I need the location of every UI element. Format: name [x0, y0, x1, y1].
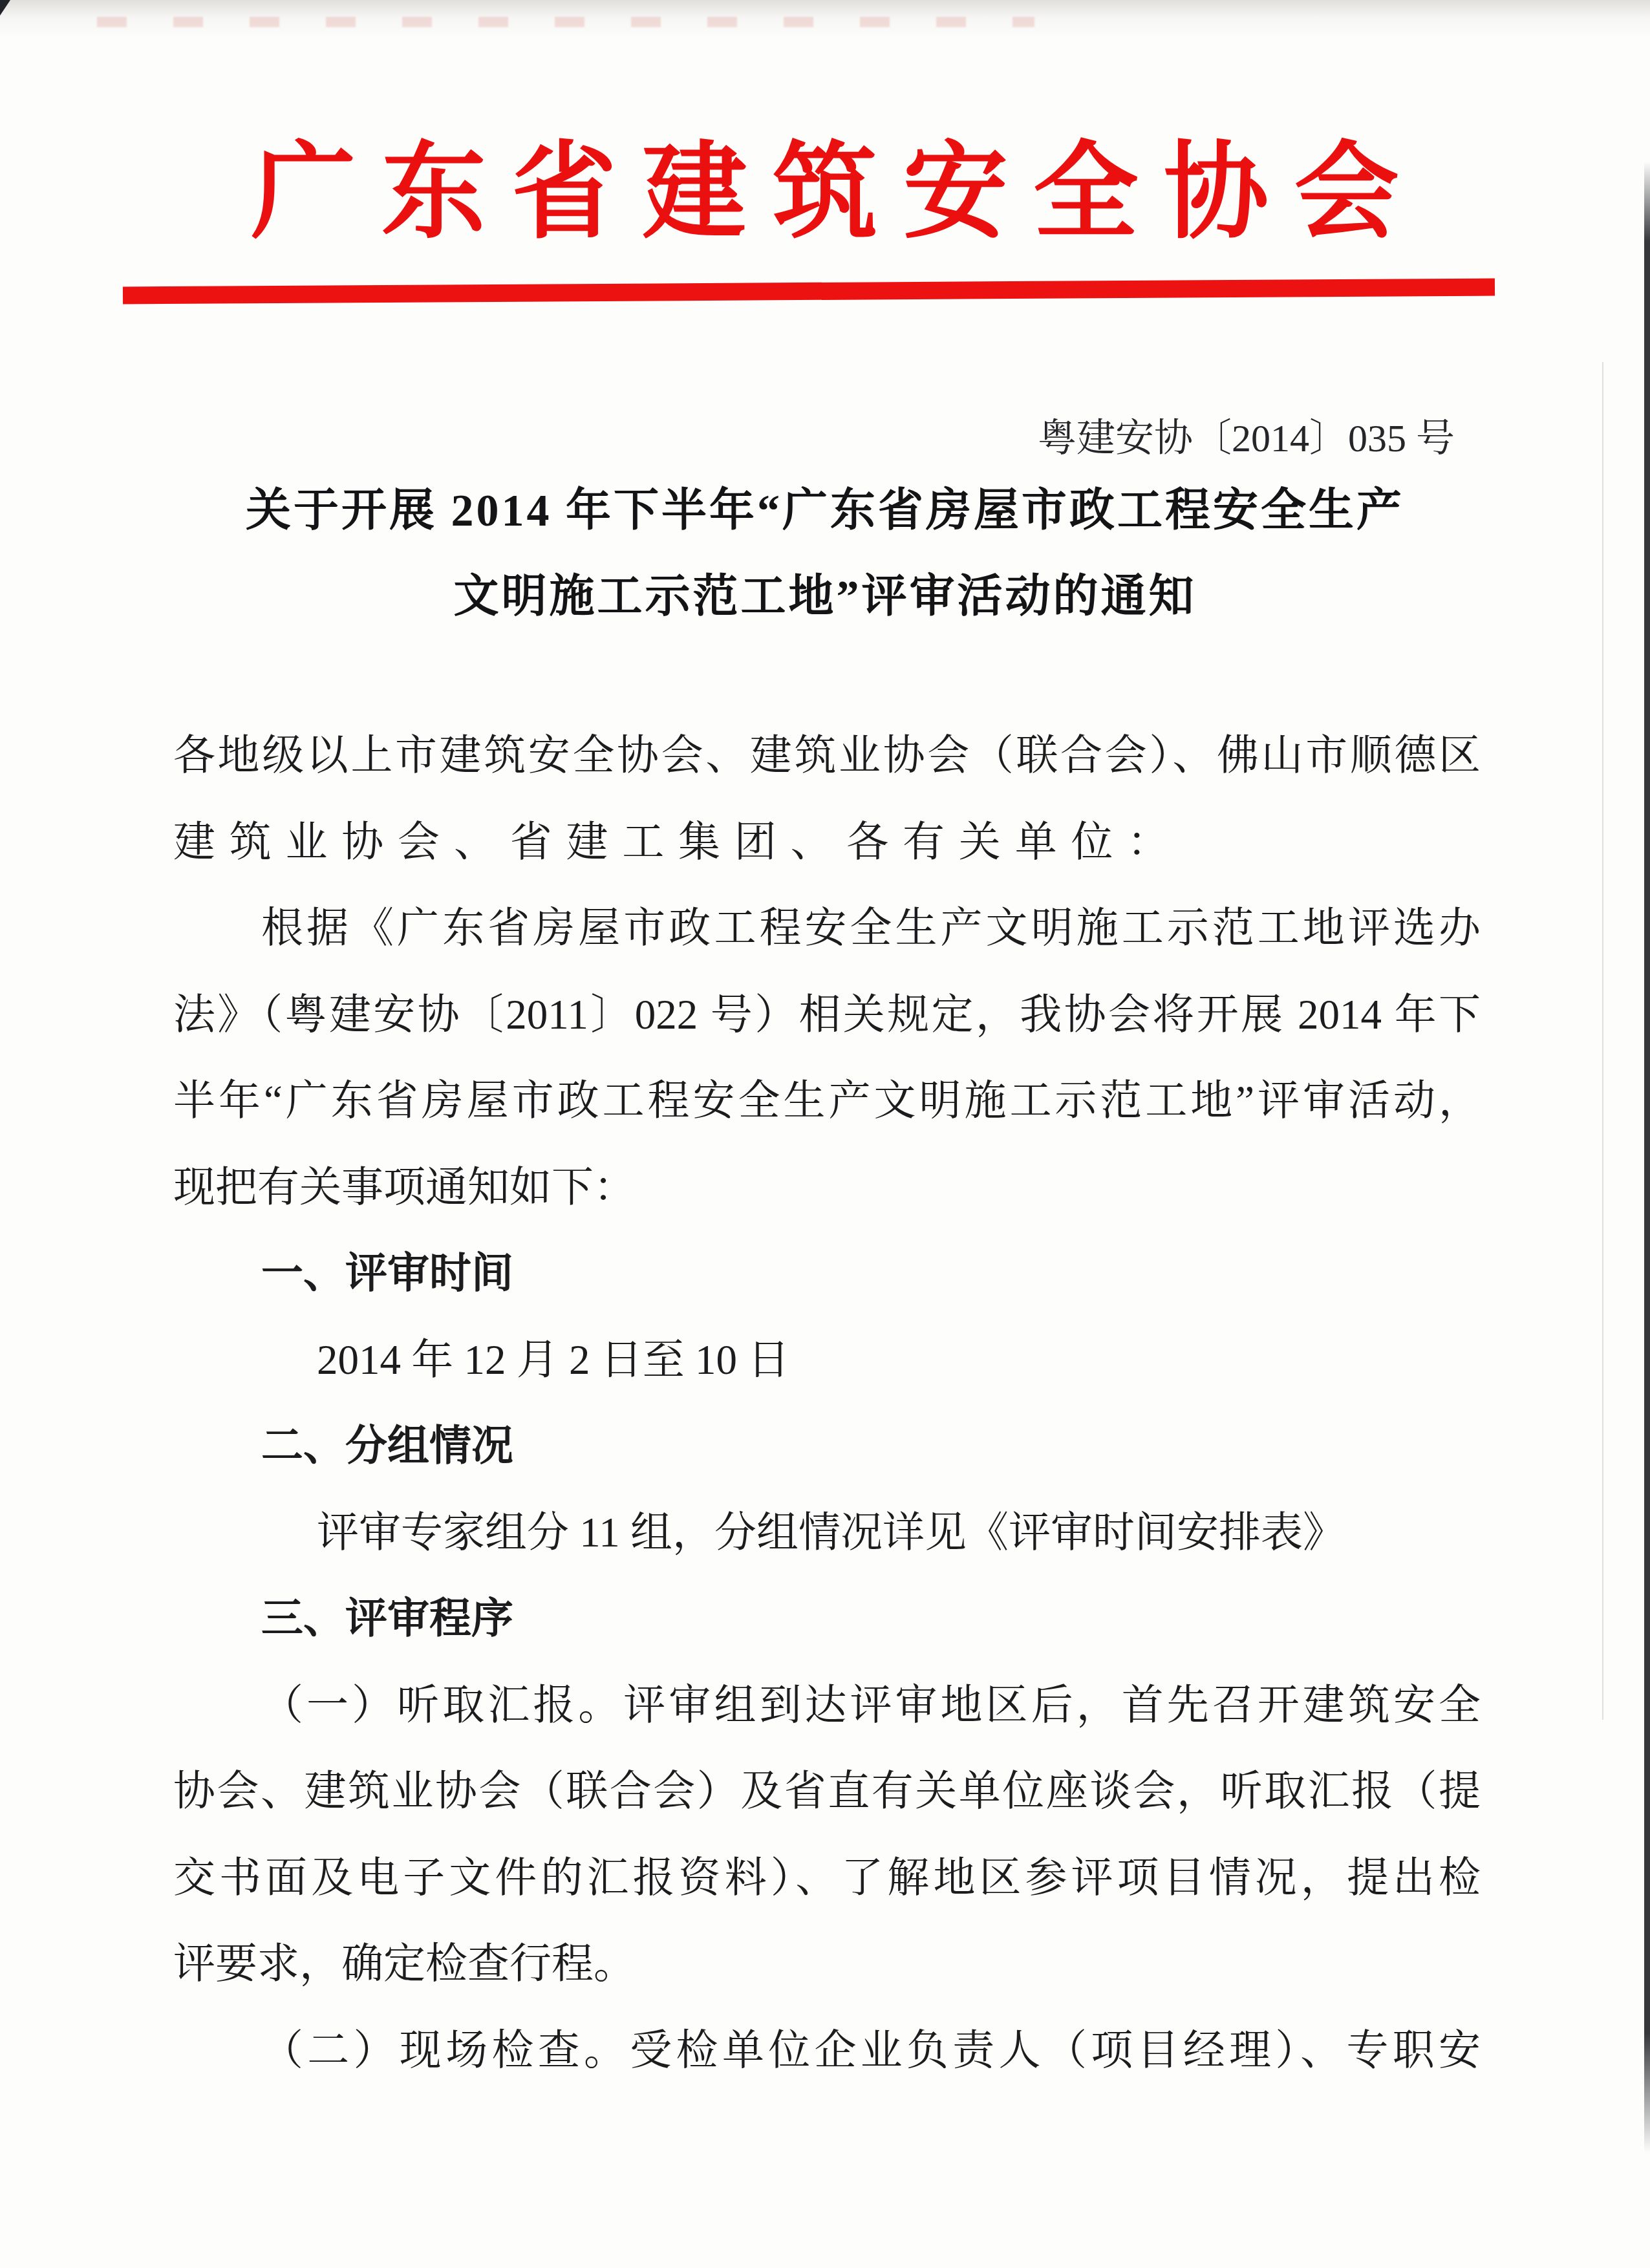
notice-title-line1: 关于开展 2014 年下半年“广东省房屋市政工程安全生产 [0, 468, 1650, 554]
notice-title-line2: 文明施工示范工地”评审活动的通知 [0, 554, 1650, 640]
document-page: 广东省建筑安全协会 粤建安协〔2014〕035 号 关于开展 2014 年下半年… [0, 0, 1650, 2268]
scan-edge-shadow [1644, 162, 1650, 2153]
scan-red-artifact [97, 17, 1034, 27]
section-heading-3: 三、评审程序 [173, 1576, 1481, 1663]
body-line: 各地级以上市建筑安全协会、建筑业协会（联合会）、佛山市顺德区 [173, 713, 1481, 800]
body-line: 现把有关事项通知如下： [173, 1145, 1481, 1232]
body-line: 交书面及电子文件的汇报资料）、了解地区参评项目情况，提出检 [173, 1835, 1481, 1922]
body-line: 协会、建筑业协会（联合会）及省直有关单位座谈会，听取汇报（提 [173, 1749, 1481, 1835]
section-heading-1: 一、评审时间 [173, 1231, 1481, 1318]
body-line: （二）现场检查。受检单位企业负责人（项目经理）、专职安 [173, 2008, 1481, 2095]
body-line: 评审专家组分 11 组，分组情况详见《评审时间安排表》 [173, 1490, 1481, 1577]
notice-body: 各地级以上市建筑安全协会、建筑业协会（联合会）、佛山市顺德区 建筑业协会、省建工… [173, 713, 1481, 2094]
doc-number: 粤建安协〔2014〕035 号 [1038, 407, 1455, 463]
letterhead-org-name: 广东省建筑安全协会 [0, 109, 1650, 259]
body-line: 建筑业协会、省建工集团、各有关单位： [173, 800, 1481, 886]
notice-title: 关于开展 2014 年下半年“广东省房屋市政工程安全生产 文明施工示范工地”评审… [0, 468, 1650, 640]
letterhead-rule [123, 279, 1495, 305]
body-line: 半年“广东省房屋市政工程安全生产文明施工示范工地”评审活动， [173, 1058, 1481, 1145]
body-line: 根据《广东省房屋市政工程安全生产文明施工示范工地评选办 [173, 886, 1481, 972]
body-line: 法》（粤建安协〔2011〕022 号）相关规定，我协会将开展 2014 年下 [173, 972, 1481, 1059]
body-line: 2014 年 12 月 2 日至 10 日 [173, 1318, 1481, 1404]
body-line: （一）听取汇报。评审组到达评审地区后，首先召开建筑安全 [173, 1663, 1481, 1749]
section-heading-2: 二、分组情况 [173, 1404, 1481, 1490]
body-line: 评要求，确定检查行程。 [173, 1921, 1481, 2008]
